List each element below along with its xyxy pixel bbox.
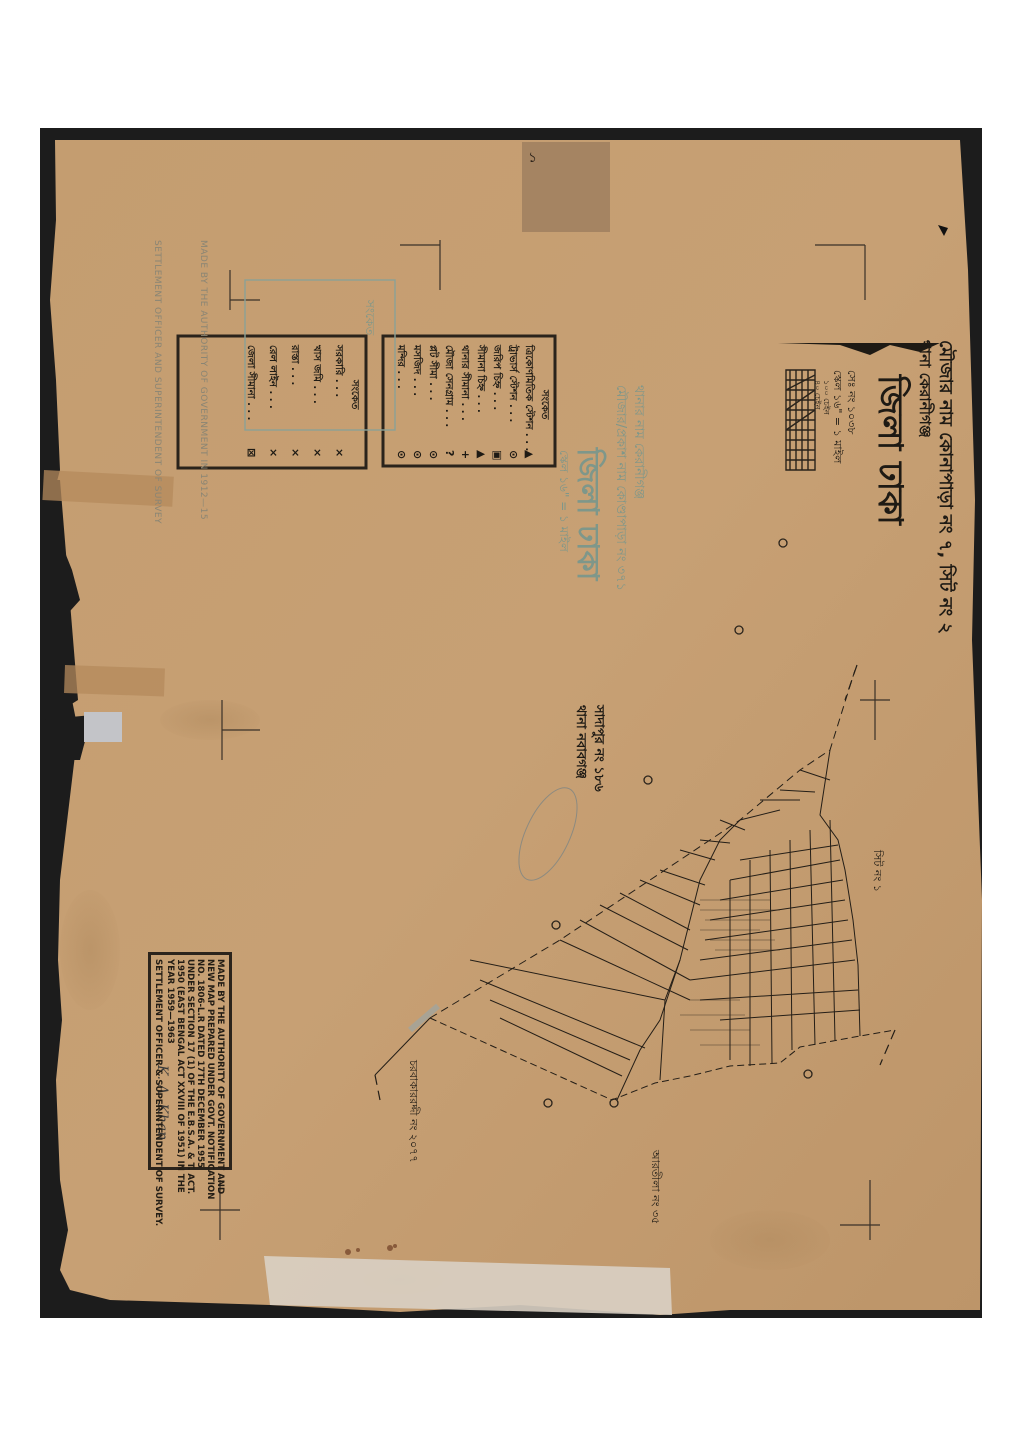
green-legend-title: সংকেত	[358, 300, 378, 335]
legend-secondary-title: সংকেত	[345, 380, 362, 409]
faded-credit-line1: MADE BY THE AUTHORITY OF GOVERNMENT IN 1…	[198, 240, 208, 520]
legend-item-label: মন্দির . . .	[391, 345, 408, 389]
legend-item-label: ট্রাভার্স স্টেশন . . .	[503, 345, 520, 422]
district-title: জিলা ঢাকা	[859, 375, 916, 525]
legend-item-symbol-icon: ▣	[491, 450, 504, 460]
legend-secondary-item-label: রেল লাইন . . .	[263, 345, 280, 409]
legend-item-label: থানার সীমানা . . .	[455, 345, 472, 421]
svg-text:১: ১	[528, 150, 537, 166]
legend-secondary-item-label: রাস্তা . . .	[285, 345, 302, 385]
legend-title: সংকেত	[535, 390, 552, 419]
legend-item-symbol-icon: ⊙	[427, 450, 440, 459]
legend-item-label: জরিপ চিহ্ন . . .	[487, 345, 504, 410]
legend-secondary-item-symbol-icon: ⊠	[245, 448, 258, 457]
west-neighbor-label: চরবাকাররদ্দী নং ২০৭৭	[403, 1060, 422, 1162]
legend-item-symbol-icon: ▲	[475, 450, 488, 458]
legend-secondary-item-symbol-icon: ×	[267, 448, 280, 457]
legend-secondary-item-label: জেলা সীমানা . . .	[241, 345, 258, 420]
certification-line: MADE BY THE AUTHORITY OF GOVERNMENT AND	[214, 959, 225, 1194]
legend-item-symbol-icon: ⊙	[411, 450, 424, 459]
certification-box: MADE BY THE AUTHORITY OF GOVERNMENT ANDN…	[148, 952, 232, 1170]
certification-line: NO. 1806-L.R DATED 17TH DECEMBER 1955	[194, 959, 205, 1168]
legend-item-symbol-icon: ⊙	[395, 450, 408, 459]
legend-secondary-item-label: সরকারি . . .	[329, 345, 346, 397]
legend-item-symbol-icon: ▲	[523, 450, 536, 458]
legend-secondary-item-symbol-icon: ×	[333, 448, 346, 457]
scale-bar-label-2: ৪০ চেইন	[810, 380, 823, 409]
certification-line: UNDER SECTION 17 (1) OF THE E.B.S.A. & T…	[184, 959, 195, 1194]
certification-footer: SETTLEMENT OFFICER & SUPERINTENDENT OF S…	[152, 959, 163, 1226]
faded-credit-line2: SETTLEMENT OFFICER AND SUPERINTENDENT OF…	[152, 240, 162, 524]
north-neighbor-label: সাদাপুর নং ১৮৬	[587, 705, 608, 792]
legend-item-symbol-icon: ⊙	[507, 450, 520, 459]
certification-line: NEW MAP PREPARED UNDER GOVT. NOTIFICATIO…	[204, 959, 215, 1199]
legend-item-symbol-icon: ?	[443, 450, 456, 456]
legend-secondary-item-symbol-icon: ×	[289, 448, 302, 457]
sheet-ref-label: সিট নং ১	[867, 850, 886, 892]
legend-item-label: সীমানা চিহ্ন . . .	[471, 345, 488, 413]
legend-item-label: মৌজা সেনগ্রাম . . .	[439, 345, 456, 427]
legend-item-label: প্লট সীমা . . .	[423, 345, 440, 401]
map-sheet: ১	[0, 0, 1024, 1447]
legend-item-symbol-icon: +	[459, 450, 472, 459]
south-neighbor-label: আরতীলা নং ৩৫	[645, 1150, 664, 1224]
certification-line: 1950 (EAST BENGAL ACT XXVIII OF 1951) IN…	[174, 959, 185, 1193]
stamp-scale: স্কেল ১৬" = ১ মাইল	[552, 450, 572, 552]
certification-line: YEAR 1959—1963	[164, 959, 175, 1044]
legend-item-label: মসজিদ . . .	[407, 345, 424, 396]
legend-secondary-item-label: খাস জমি . . .	[307, 345, 324, 404]
north-neighbor-thana-label: থানা নবাবগঞ্জ	[569, 705, 590, 779]
stamp-thana: থানার নাম কেরানীগঞ্জ	[627, 385, 648, 499]
legend-item-label: ত্রিকোণমিতিক স্টেশন . . .	[519, 345, 536, 451]
stamp-mouza: মৌজার/প্রকাশ নাম কোণ্ডাপাড়া নং ৩৭১	[609, 385, 630, 591]
legend-secondary-item-symbol-icon: ×	[311, 448, 324, 457]
